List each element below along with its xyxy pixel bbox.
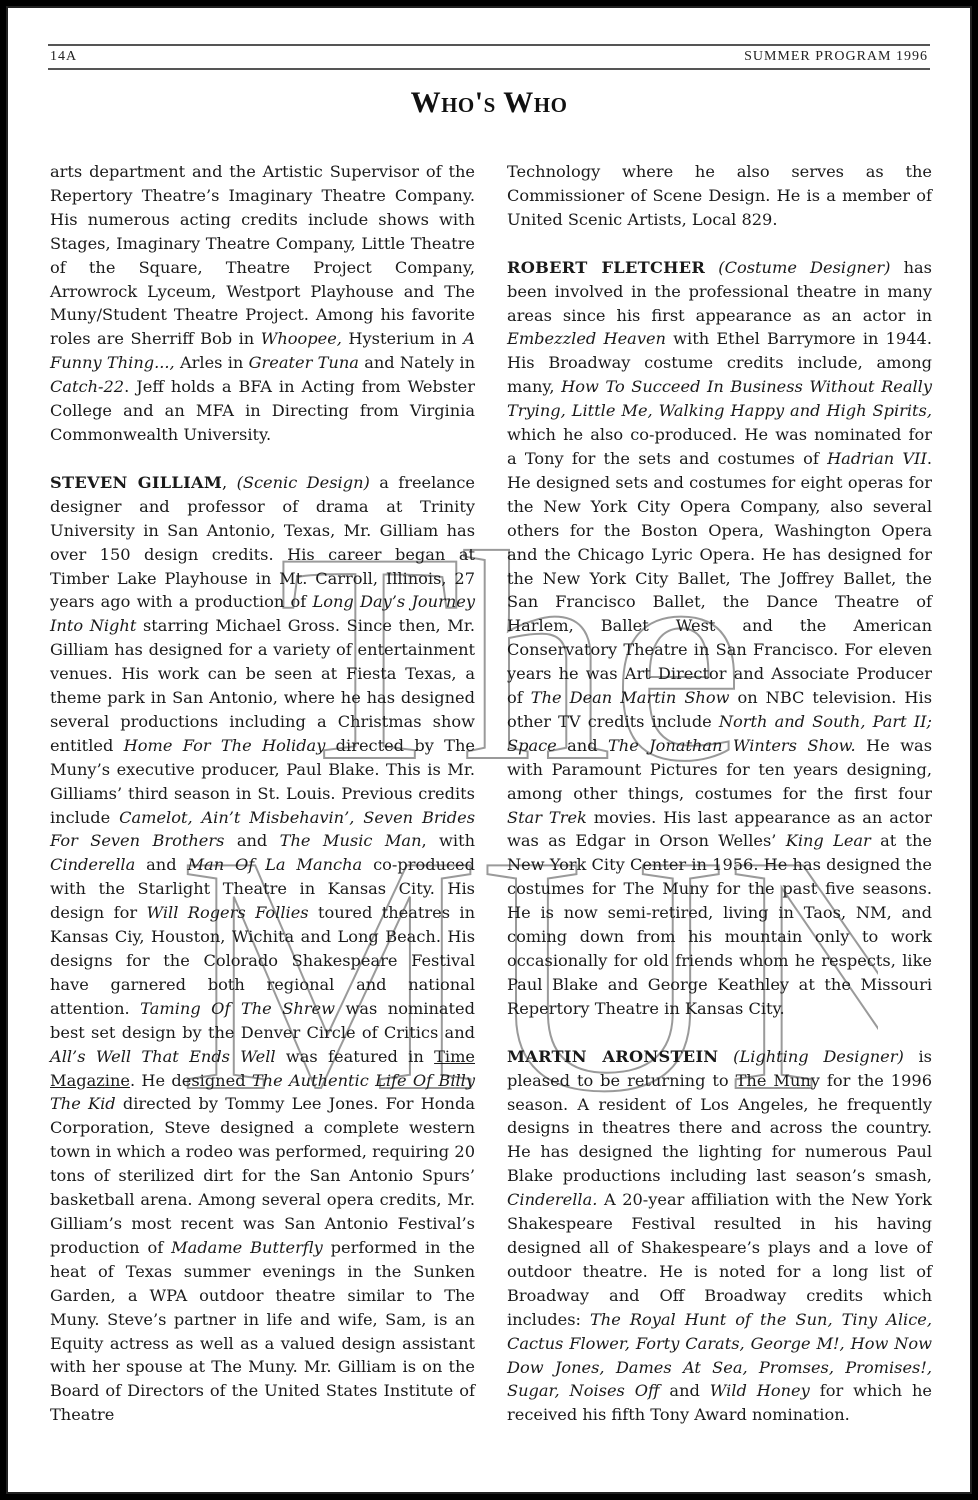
left-column: arts department and the Artistic Supervi… xyxy=(50,160,475,1490)
right-column: Technology where he also serves as the C… xyxy=(507,160,932,1490)
page-title: Who's Who xyxy=(8,86,970,120)
bio-role: (Costume Designer) xyxy=(718,258,890,277)
article-columns: arts department and the Artistic Supervi… xyxy=(50,160,932,1490)
bio-continued-jeff: arts department and the Artistic Supervi… xyxy=(50,160,475,447)
bio-steven-gilliam: STEVEN GILLIAM, (Scenic Design) a freela… xyxy=(50,471,475,1427)
bio-robert-fletcher: ROBERT FLETCHER (Costume Designer) has b… xyxy=(507,256,932,1021)
bio-role: (Scenic Design) xyxy=(237,473,370,492)
bio-name: MARTIN ARONSTEIN xyxy=(507,1047,718,1066)
running-header: 14A SUMMER PROGRAM 1996 xyxy=(48,44,930,70)
program-page: 14A SUMMER PROGRAM 1996 Who's Who The MU… xyxy=(6,6,972,1494)
bio-gilliam-continued: Technology where he also serves as the C… xyxy=(507,160,932,232)
page-number: 14A xyxy=(50,49,77,65)
publication-title: SUMMER PROGRAM 1996 xyxy=(744,49,928,65)
bio-role: (Lighting Designer) xyxy=(733,1047,904,1066)
bio-name: ROBERT FLETCHER xyxy=(507,258,705,277)
bio-name: STEVEN GILLIAM xyxy=(50,473,222,492)
bio-martin-aronstein: MARTIN ARONSTEIN (Lighting Designer) is … xyxy=(507,1045,932,1428)
